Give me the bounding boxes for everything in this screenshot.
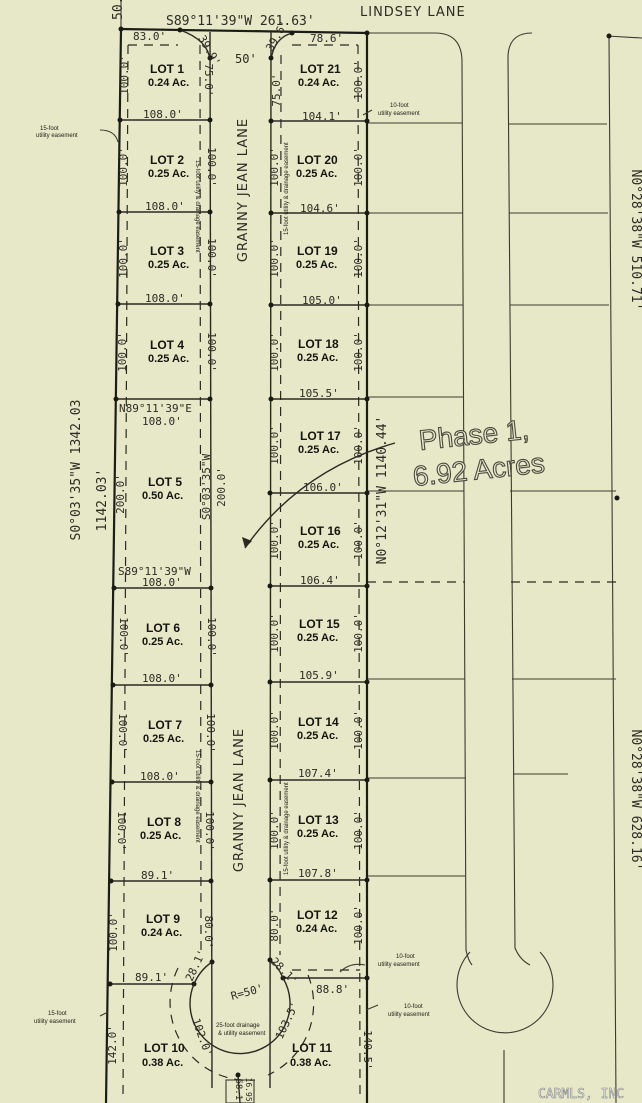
svg-text:108.0': 108.0' xyxy=(145,292,185,305)
svg-text:100.0': 100.0' xyxy=(205,617,218,657)
svg-text:100.0': 100.0' xyxy=(352,60,365,100)
svg-text:104.6': 104.6' xyxy=(300,202,340,215)
svg-text:100.0': 100.0' xyxy=(352,332,365,372)
svg-text:LOT 12: LOT 12 xyxy=(297,908,338,922)
east-boundary-bearing: N0°12'31"W 1140.44' xyxy=(375,416,390,565)
svg-text:100.0': 100.0' xyxy=(352,810,365,850)
svg-text:75.0': 75.0' xyxy=(202,63,215,96)
svg-text:100.0': 100.0' xyxy=(117,147,130,187)
svg-text:N89°11'39"E: N89°11'39"E xyxy=(119,402,192,415)
svg-text:0.25 Ac.: 0.25 Ac. xyxy=(298,444,339,456)
svg-text:0.24 Ac.: 0.24 Ac. xyxy=(148,77,189,89)
svg-text:100.0': 100.0' xyxy=(107,912,120,952)
north-boundary-bearing: S89°11'39"W 261.63' xyxy=(166,14,315,29)
svg-text:LOT 4: LOT 4 xyxy=(150,338,184,352)
svg-text:100.0': 100.0' xyxy=(268,520,281,560)
svg-text:0.38 Ac.: 0.38 Ac. xyxy=(142,1057,183,1069)
svg-text:100.0': 100.0' xyxy=(268,810,281,850)
svg-text:0.24 Ac.: 0.24 Ac. xyxy=(298,77,339,89)
easement-note-east-mid-1: 10-foot xyxy=(396,954,415,960)
cul-de-sac-easement-2: & utility easement xyxy=(218,1031,266,1037)
svg-text:100.0': 100.0' xyxy=(115,811,128,851)
svg-text:0.25 Ac.: 0.25 Ac. xyxy=(298,539,339,551)
svg-text:100.0': 100.0' xyxy=(352,905,365,945)
svg-text:LOT 15: LOT 15 xyxy=(299,617,340,631)
front-easement-east-top: 15-foot utility & drainage easement xyxy=(284,142,290,235)
easement-note-west-top-2: utility easement xyxy=(36,133,78,139)
svg-text:68.1': 68.1' xyxy=(233,1078,243,1103)
svg-text:0.25 Ac.: 0.25 Ac. xyxy=(297,632,338,644)
svg-text:LOT 17: LOT 17 xyxy=(300,429,341,443)
cul-de-sac-easement-1: 25-foot drainage xyxy=(216,1023,260,1029)
svg-text:108.0': 108.0' xyxy=(142,672,182,685)
svg-text:0.25 Ac.: 0.25 Ac. xyxy=(297,828,338,840)
west-boundary-bearing: S0°03'35"W 1342.03 xyxy=(69,400,84,541)
svg-text:100.0': 100.0' xyxy=(352,710,365,750)
svg-text:100.0': 100.0' xyxy=(117,617,130,657)
svg-text:100.0': 100.0' xyxy=(203,811,216,851)
svg-text:LOT 3: LOT 3 xyxy=(150,244,184,258)
svg-text:0.25 Ac.: 0.25 Ac. xyxy=(140,830,181,842)
svg-text:108.0': 108.0' xyxy=(142,415,182,428)
svg-text:100.0': 100.0' xyxy=(205,238,218,278)
svg-text:100.0': 100.0' xyxy=(204,713,217,753)
far-east-top-bearing: N0°28'38"W 510.71' xyxy=(628,170,642,311)
svg-text:75.0': 75.0' xyxy=(270,73,283,106)
front-easement-west-top: 15-foot utility & drainage easement xyxy=(194,160,200,253)
easement-note-west-top-1: 15-foot xyxy=(40,126,59,132)
svg-text:104.1': 104.1' xyxy=(302,110,342,123)
svg-text:105.5': 105.5' xyxy=(299,387,339,400)
north-offset-label: 50. xyxy=(111,0,126,20)
svg-text:89.1': 89.1' xyxy=(141,869,174,882)
svg-text:105.0': 105.0' xyxy=(302,294,342,307)
svg-text:106.0': 106.0' xyxy=(303,481,343,494)
svg-text:200.0': 200.0' xyxy=(114,474,127,514)
svg-text:100.0': 100.0' xyxy=(117,238,130,278)
west-inner-length: 1142.03' xyxy=(95,469,110,532)
front-easement-east-bottom: 15-foot utility & drainage easement xyxy=(284,782,290,875)
svg-text:100.0': 100.0' xyxy=(352,238,365,278)
easement-note-east-top-2: utility easement xyxy=(378,111,420,117)
svg-text:100.0': 100.0' xyxy=(116,332,129,372)
easement-note-west-bottom-1: 15-foot xyxy=(48,1011,67,1017)
svg-text:80.0': 80.0' xyxy=(202,915,215,948)
lindsey-lane-label: LINDSEY LANE xyxy=(360,5,466,20)
svg-text:LOT 5: LOT 5 xyxy=(148,475,182,489)
svg-text:89.1': 89.1' xyxy=(135,971,168,984)
svg-text:0.25 Ac.: 0.25 Ac. xyxy=(143,733,184,745)
svg-text:107.4': 107.4' xyxy=(298,767,338,780)
svg-text:100.0': 100.0' xyxy=(205,147,218,187)
granny-jean-lane-label-top: GRANNY JEAN LANE xyxy=(236,118,251,262)
svg-text:100.0': 100.0' xyxy=(352,520,365,560)
easement-note-east-mid-2: utility easement xyxy=(378,962,420,968)
svg-text:LOT 14: LOT 14 xyxy=(298,715,339,729)
easement-note-east-low-1: 10-foot xyxy=(404,1004,423,1010)
svg-text:140.5': 140.5' xyxy=(361,1030,374,1070)
svg-text:100.0': 100.0' xyxy=(352,425,365,465)
svg-text:LOT 7: LOT 7 xyxy=(148,718,182,732)
svg-text:0.25 Ac.: 0.25 Ac. xyxy=(296,168,337,180)
easement-note-west-bottom-2: utility easement xyxy=(34,1019,76,1025)
granny-jean-lane-label-bottom: GRANNY JEAN LANE xyxy=(232,728,247,872)
svg-text:LOT 2: LOT 2 xyxy=(150,153,184,167)
road-width-label: 50' xyxy=(235,52,257,66)
svg-text:108.0': 108.0' xyxy=(142,576,182,589)
svg-text:108.0': 108.0' xyxy=(145,200,185,213)
svg-text:LOT 9: LOT 9 xyxy=(146,912,180,926)
carmls-watermark: CARMLS, INC xyxy=(538,1087,624,1102)
svg-text:0.25 Ac.: 0.25 Ac. xyxy=(148,353,189,365)
svg-text:LOT 21: LOT 21 xyxy=(300,62,341,76)
svg-text:LOT 11: LOT 11 xyxy=(292,1041,332,1055)
svg-text:LOT 19: LOT 19 xyxy=(297,244,338,258)
svg-text:LOT 16: LOT 16 xyxy=(300,524,341,538)
far-east-bottom-bearing: N0°28'38"W 628.16' xyxy=(628,730,642,871)
svg-text:0.25 Ac.: 0.25 Ac. xyxy=(142,636,183,648)
svg-text:S0°03'35"W: S0°03'35"W xyxy=(200,454,213,521)
svg-text:83.0': 83.0' xyxy=(133,30,166,43)
svg-text:142.0': 142.0' xyxy=(106,1025,119,1065)
svg-text:0.25 Ac.: 0.25 Ac. xyxy=(148,259,189,271)
subdivision-plat: S89°11'39"W 261.63' 50. LINDSEY LANE S0°… xyxy=(0,0,642,1103)
svg-text:107.8': 107.8' xyxy=(298,867,338,880)
svg-text:0.25 Ac.: 0.25 Ac. xyxy=(297,730,338,742)
svg-text:LOT 13: LOT 13 xyxy=(298,813,339,827)
easement-note-east-top-1: 10-foot xyxy=(390,103,409,109)
svg-text:100.0': 100.0' xyxy=(118,55,131,95)
svg-text:78.6': 78.6' xyxy=(310,32,343,45)
svg-text:LOT 18: LOT 18 xyxy=(298,337,339,351)
svg-text:100.0': 100.0' xyxy=(268,425,281,465)
front-easement-west-bottom: 15-foot utility & drainage easement xyxy=(194,750,200,843)
svg-text:0.50 Ac.: 0.50 Ac. xyxy=(142,490,183,502)
svg-text:LOT 10: LOT 10 xyxy=(144,1041,185,1055)
svg-text:80.0': 80.0' xyxy=(268,908,281,941)
svg-text:100.0': 100.0' xyxy=(352,147,365,187)
svg-text:0.25 Ac.: 0.25 Ac. xyxy=(296,259,337,271)
svg-text:LOT 8: LOT 8 xyxy=(147,815,181,829)
svg-text:100.0': 100.0' xyxy=(268,147,281,187)
svg-text:LOT 6: LOT 6 xyxy=(146,621,180,635)
svg-text:0.24 Ac.: 0.24 Ac. xyxy=(141,927,182,939)
svg-text:105.9': 105.9' xyxy=(299,669,339,682)
svg-text:88.8': 88.8' xyxy=(316,983,349,996)
svg-text:200.0': 200.0' xyxy=(215,467,228,507)
svg-text:0.24 Ac.: 0.24 Ac. xyxy=(296,923,337,935)
svg-text:106.4': 106.4' xyxy=(300,574,340,587)
easement-note-east-low-2: utility easement xyxy=(388,1012,430,1018)
svg-text:0.25 Ac.: 0.25 Ac. xyxy=(148,168,189,180)
svg-text:LOT 20: LOT 20 xyxy=(297,153,338,167)
svg-text:108.0': 108.0' xyxy=(140,770,180,783)
svg-text:16.95': 16.95' xyxy=(244,1078,253,1103)
svg-text:LOT 1: LOT 1 xyxy=(150,62,184,76)
svg-text:100.0': 100.0' xyxy=(205,332,218,372)
svg-text:0.25 Ac.: 0.25 Ac. xyxy=(297,352,338,364)
svg-text:100.0': 100.0' xyxy=(116,713,129,753)
svg-text:100.0': 100.0' xyxy=(268,332,281,372)
svg-text:0.38 Ac.: 0.38 Ac. xyxy=(290,1057,331,1069)
svg-text:108.0': 108.0' xyxy=(143,108,183,121)
svg-text:100.0': 100.0' xyxy=(352,613,365,653)
svg-text:100.0': 100.0' xyxy=(268,238,281,278)
svg-text:100.0': 100.0' xyxy=(268,613,281,653)
svg-text:100.0': 100.0' xyxy=(268,710,281,750)
